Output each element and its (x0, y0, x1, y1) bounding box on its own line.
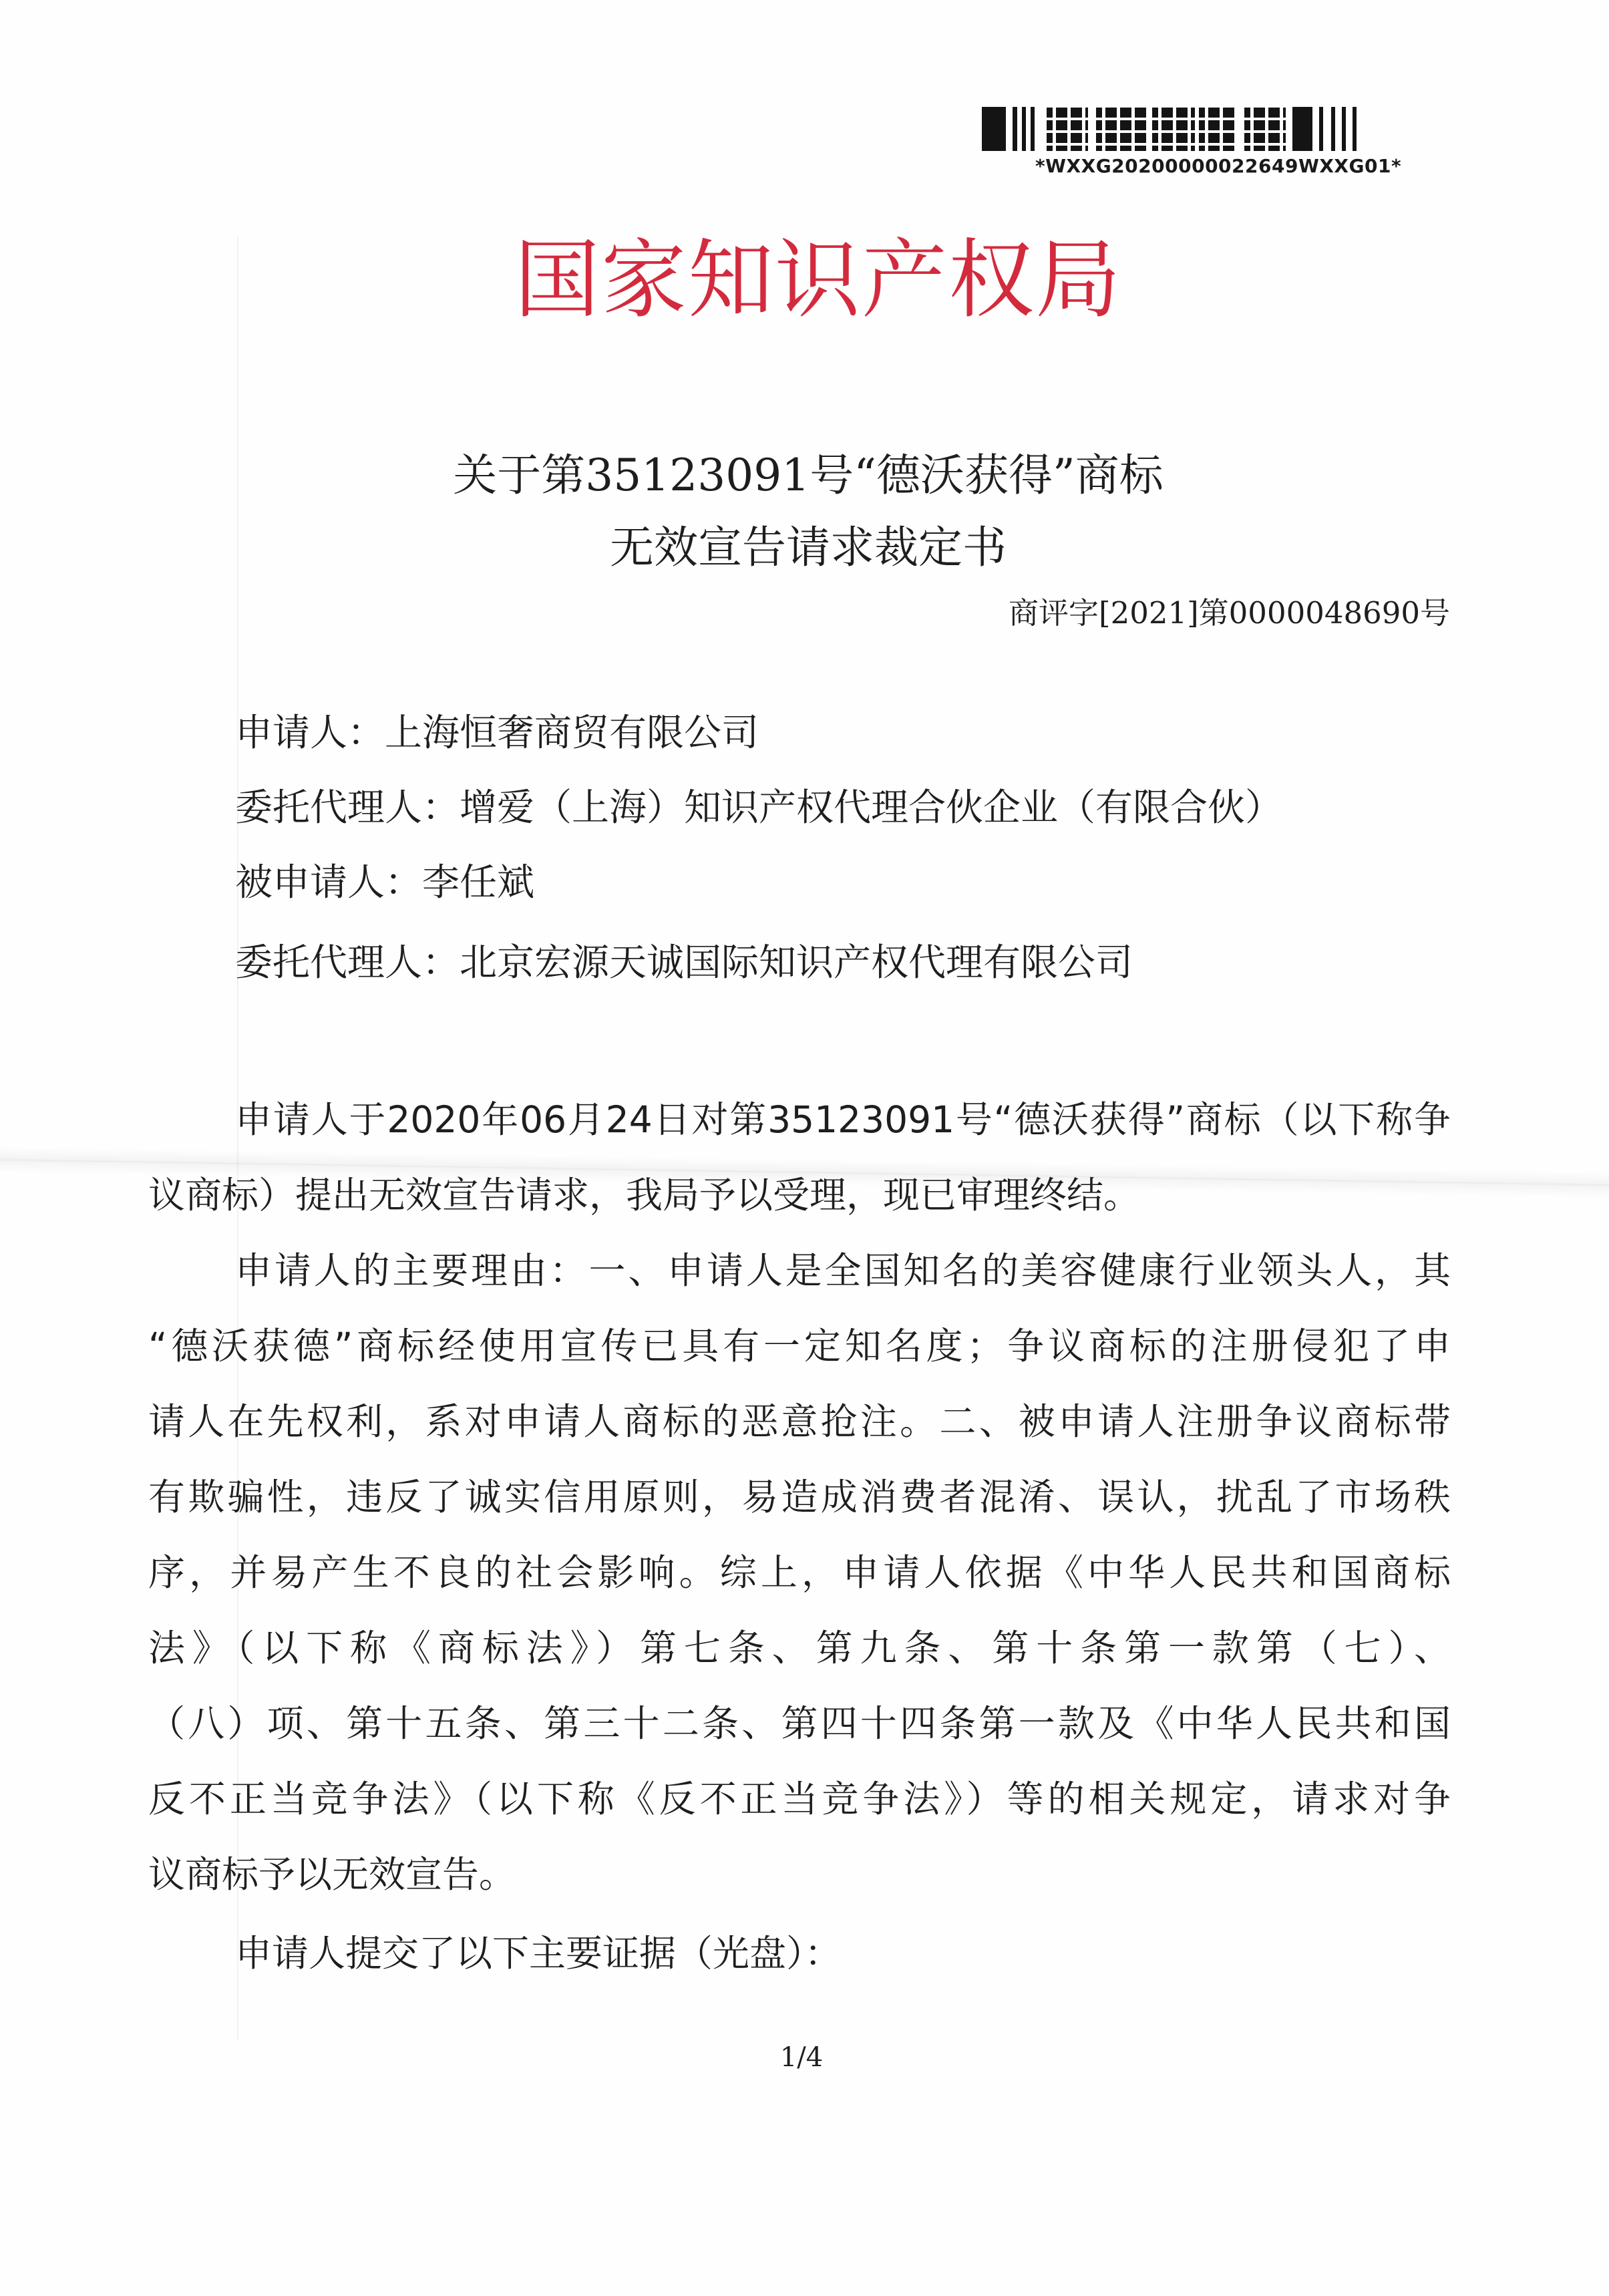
document-title-line-2: 无效宣告请求裁定书 (374, 521, 1242, 575)
text-line: 议商标）提出无效宣告请求，我局予以受理，现已审理终结。 (148, 1158, 1451, 1233)
agency-title: 国家知识产权局 (508, 227, 1129, 334)
barcode-number: *WXXG20200000022649WXXG01* (1035, 155, 1436, 177)
text-line: 申请人的主要理由：一、申请人是全国知名的美容健康行业领头人，其 (148, 1233, 1451, 1309)
party-value: 李任斌 (422, 861, 534, 905)
party-applicant-agent: 委托代理人：增爱（上海）知识产权代理合伙企业（有限合伙） (235, 785, 1282, 832)
text-line: 申请人提交了以下主要证据（光盘）： (148, 1916, 1451, 1991)
text-line: “德沃获德”商标经使用宣传已具有一定知名度；争议商标的注册侵犯了申 (148, 1309, 1451, 1384)
party-value: 上海恒奢商贸有限公司 (385, 711, 759, 755)
text-line: 序，并易产生不良的社会影响。综上，申请人依据《中华人民共和国商标 (148, 1535, 1451, 1611)
text-line: 反不正当竞争法》（以下称《反不正当竞争法》）等的相关规定，请求对争 (148, 1762, 1451, 1837)
page-number: 1/4 (735, 2037, 868, 2078)
paragraph-evidence-intro: 申请人提交了以下主要证据（光盘）： (148, 1916, 1451, 1991)
document-page: *WXXG20200000022649WXXG01* 国家知识产权局 关于第35… (0, 0, 1609, 2296)
text-line: 法》（以下称《商标法》）第七条、第九条、第十条第一款第（七）、 (148, 1611, 1451, 1686)
pdf417-barcode-icon (982, 107, 1399, 151)
document-title-line-1: 关于第35123091号“德沃获得”商标 (374, 449, 1242, 502)
party-label: 申请人： (235, 711, 385, 755)
party-label: 委托代理人： (235, 941, 460, 985)
reference-number: 商评字[2021]第0000048690号 (1009, 593, 1450, 633)
text-line: 议商标予以无效宣告。 (148, 1837, 1451, 1913)
text-line: 申请人于2020年06月24日对第35123091号“德沃获得”商标（以下称争 (148, 1082, 1451, 1158)
text-line: （八）项、第十五条、第三十二条、第四十四条第一款及《中华人民共和国 (148, 1686, 1451, 1762)
party-label: 委托代理人： (235, 786, 460, 830)
text-line: 有欺骗性，违反了诚实信用原则，易造成消费者混淆、误认，扰乱了市场秩 (148, 1460, 1451, 1535)
party-value: 增爱（上海）知识产权代理合伙企业（有限合伙） (460, 786, 1282, 830)
party-value: 北京宏源天诚国际知识产权代理有限公司 (460, 941, 1133, 985)
text-line: 请人在先权利，系对申请人商标的恶意抢注。二、被申请人注册争议商标带 (148, 1384, 1451, 1460)
paragraph-applicant-reasons: 申请人的主要理由：一、申请人是全国知名的美容健康行业领头人，其 “德沃获德”商标… (148, 1233, 1451, 1913)
party-respondent: 被申请人：李任斌 (235, 860, 534, 907)
barcode-block: *WXXG20200000022649WXXG01* (982, 107, 1429, 187)
paragraph-case-acceptance: 申请人于2020年06月24日对第35123091号“德沃获得”商标（以下称争 … (148, 1082, 1451, 1233)
party-respondent-agent: 委托代理人：北京宏源天诚国际知识产权代理有限公司 (235, 940, 1133, 987)
party-applicant: 申请人：上海恒奢商贸有限公司 (235, 710, 759, 757)
party-label: 被申请人： (235, 861, 422, 905)
